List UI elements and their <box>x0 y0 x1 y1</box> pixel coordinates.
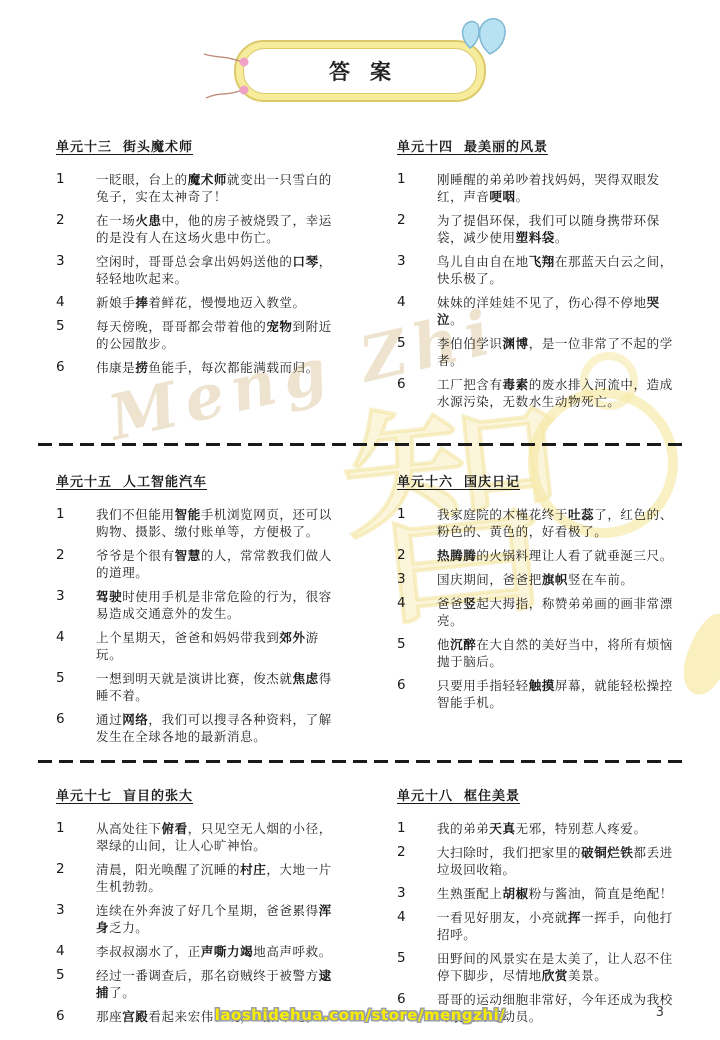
section-unit-15: 单元十五 人工智能汽车1我们不但能用智能手机浏览网页，还可以购物、摄影、缴付账单… <box>38 471 341 752</box>
item-text: 伟康是捞鱼能手，每次都能满载而归。 <box>96 359 319 376</box>
item-number: 3 <box>56 588 96 622</box>
item-text: 生熟蛋配上胡椒粉与酱油，简直是绝配！ <box>437 885 673 902</box>
answer-item: 4妹妹的洋娃娃不见了，伤心得不停地哭泣。 <box>397 294 682 328</box>
section-unit-16: 单元十六 国庆日记1我家庭院的木槿花终于吐蕊了，红色的、粉色的、黄色的，好看极了… <box>371 471 682 752</box>
item-text: 李伯伯学识渊博，是一位非常了不起的学者。 <box>437 335 682 369</box>
section-unit-18: 单元十八 框住美景1我的弟弟天真无邪，特别惹人疼爱。2大扫除时，我们把家里的破铜… <box>371 785 682 1032</box>
item-number: 4 <box>56 294 96 311</box>
water-drop-icon <box>448 14 510 78</box>
section-title: 单元十三 街头魔术师 <box>56 136 341 155</box>
answer-item: 4新娘手捧着鲜花，慢慢地迈入教堂。 <box>56 294 341 311</box>
item-text: 空闲时，哥哥总会拿出妈妈送他的口琴，轻轻地吹起来。 <box>96 253 341 287</box>
item-number: 3 <box>397 571 437 588</box>
answer-item: 6伟康是捞鱼能手，每次都能满载而归。 <box>56 359 341 376</box>
item-number: 3 <box>397 253 437 287</box>
answer-item: 3空闲时，哥哥总会拿出妈妈送他的口琴，轻轻地吹起来。 <box>56 253 341 287</box>
answers-content: 单元十三 街头魔术师1一眨眼，台上的魔术师就变出一只雪白的兔子，实在太神奇了！2… <box>38 136 682 1032</box>
item-text: 爸爸竖起大拇指，称赞弟弟画的画非常漂亮。 <box>437 595 682 629</box>
item-number: 6 <box>56 711 96 745</box>
answer-item: 2清晨，阳光唤醒了沉睡的村庄，大地一片生机勃勃。 <box>56 861 341 895</box>
whisker-pin-decoration <box>198 46 254 108</box>
answer-item: 6通过网络，我们可以搜寻各种资料，了解发生在全球各地的最新消息。 <box>56 711 341 745</box>
item-number: 6 <box>56 359 96 376</box>
item-number: 3 <box>56 902 96 936</box>
item-number: 4 <box>56 943 96 960</box>
section-title: 单元十四 最美丽的风景 <box>397 136 682 155</box>
item-text: 一看见好朋友，小亮就挥一挥手，向他打招呼。 <box>437 909 682 943</box>
item-number: 5 <box>397 950 437 984</box>
item-number: 2 <box>56 212 96 246</box>
item-text: 国庆期间，爸爸把旗帜竖在车前。 <box>437 571 634 588</box>
item-text: 新娘手捧着鲜花，慢慢地迈入教堂。 <box>96 294 306 311</box>
item-text: 在一场火患中，他的房子被烧毁了，幸运的是没有人在这场火患中伤亡。 <box>96 212 341 246</box>
answer-item: 1从高处往下俯看，只见空无人烟的小径，翠绿的山间，让人心旷神怡。 <box>56 820 341 854</box>
answer-item: 3连续在外奔波了好几个星期，爸爸累得浑身乏力。 <box>56 902 341 936</box>
item-text: 妹妹的洋娃娃不见了，伤心得不停地哭泣。 <box>437 294 682 328</box>
item-number: 2 <box>397 547 437 564</box>
item-number: 5 <box>56 318 96 352</box>
item-number: 4 <box>397 294 437 328</box>
section-row-1: 单元十三 街头魔术师1一眨眼，台上的魔术师就变出一只雪白的兔子，实在太神奇了！2… <box>38 136 682 417</box>
answer-item: 5他沉醉在大自然的美好当中，将所有烦恼抛于脑后。 <box>397 636 682 670</box>
item-number: 2 <box>56 861 96 895</box>
item-number: 5 <box>56 967 96 1001</box>
item-text: 一想到明天就是演讲比赛，俊杰就焦虑得睡不着。 <box>96 670 341 704</box>
answer-item: 1刚睡醒的弟弟吵着找妈妈，哭得双眼发红，声音哽咽。 <box>397 171 682 205</box>
item-number: 1 <box>56 820 96 854</box>
item-text: 连续在外奔波了好几个星期，爸爸累得浑身乏力。 <box>96 902 341 936</box>
item-text: 我的弟弟天真无邪，特别惹人疼爱。 <box>437 820 647 837</box>
item-text: 工厂把含有毒素的废水排入河流中，造成水源污染，无数水生动物死亡。 <box>437 376 682 410</box>
item-text: 驾驶时使用手机是非常危险的行为，很容易造成交通意外的发生。 <box>96 588 341 622</box>
page-number: 3 <box>656 1005 664 1020</box>
item-number: 4 <box>56 629 96 663</box>
answer-item: 4一看见好朋友，小亮就挥一挥手，向他打招呼。 <box>397 909 682 943</box>
item-text: 我们不但能用智能手机浏览网页，还可以购物、摄影、缴付账单等，方便极了。 <box>96 506 341 540</box>
item-text: 鸟儿自由自在地飞翔在那蓝天白云之间，快乐极了。 <box>437 253 682 287</box>
item-text: 每天傍晚，哥哥都会带着他的宠物到附近的公园散步。 <box>96 318 341 352</box>
banner-capsule-inner: 答案 <box>243 48 477 94</box>
section-title: 单元十八 框住美景 <box>397 785 682 804</box>
section-title: 单元十六 国庆日记 <box>397 471 682 490</box>
item-text: 爷爷是个很有智慧的人，常常教我们做人的道理。 <box>96 547 341 581</box>
item-text: 刚睡醒的弟弟吵着找妈妈，哭得双眼发红，声音哽咽。 <box>437 171 682 205</box>
item-text: 李叔叔溺水了，正声嘶力竭地高声呼救。 <box>96 943 332 960</box>
item-number: 2 <box>56 547 96 581</box>
item-text: 通过网络，我们可以搜寻各种资料，了解发生在全球各地的最新消息。 <box>96 711 341 745</box>
item-number: 2 <box>397 212 437 246</box>
item-text: 上个星期天，爸爸和妈妈带我到郊外游玩。 <box>96 629 341 663</box>
answer-item: 2大扫除时，我们把家里的破铜烂铁都丢进垃圾回收箱。 <box>397 844 682 878</box>
item-text: 田野间的风景实在是太美了，让人忍不住停下脚步，尽情地欣赏美景。 <box>437 950 682 984</box>
item-text: 只要用手指轻轻触摸屏幕，就能轻松操控智能手机。 <box>437 677 682 711</box>
answer-item: 2在一场火患中，他的房子被烧毁了，幸运的是没有人在这场火患中伤亡。 <box>56 212 341 246</box>
section-unit-17: 单元十七 盲目的张大1从高处往下俯看，只见空无人烟的小径，翠绿的山间，让人心旷神… <box>38 785 341 1032</box>
answer-item: 4上个星期天，爸爸和妈妈带我到郊外游玩。 <box>56 629 341 663</box>
item-text: 他沉醉在大自然的美好当中，将所有烦恼抛于脑后。 <box>437 636 682 670</box>
answer-item: 3生熟蛋配上胡椒粉与酱油，简直是绝配！ <box>397 885 682 902</box>
item-text: 大扫除时，我们把家里的破铜烂铁都丢进垃圾回收箱。 <box>437 844 682 878</box>
section-unit-14: 单元十四 最美丽的风景1刚睡醒的弟弟吵着找妈妈，哭得双眼发红，声音哽咽。2为了提… <box>371 136 682 417</box>
section-unit-13: 单元十三 街头魔术师1一眨眼，台上的魔术师就变出一只雪白的兔子，实在太神奇了！2… <box>38 136 341 417</box>
item-number: 1 <box>397 506 437 540</box>
answer-item: 5一想到明天就是演讲比赛，俊杰就焦虑得睡不着。 <box>56 670 341 704</box>
section-title: 单元十五 人工智能汽车 <box>56 471 341 490</box>
item-text: 从高处往下俯看，只见空无人烟的小径，翠绿的山间，让人心旷神怡。 <box>96 820 341 854</box>
answer-item: 5每天傍晚，哥哥都会带着他的宠物到附近的公园散步。 <box>56 318 341 352</box>
dashed-divider-1 <box>38 443 682 446</box>
item-text: 清晨，阳光唤醒了沉睡的村庄，大地一片生机勃勃。 <box>96 861 341 895</box>
item-number: 1 <box>397 171 437 205</box>
dashed-divider-2 <box>38 760 682 763</box>
answer-item: 5李伯伯学识渊博，是一位非常了不起的学者。 <box>397 335 682 369</box>
item-number: 3 <box>56 253 96 287</box>
item-text: 经过一番调查后，那名窃贼终于被警方逮捕了。 <box>96 967 341 1001</box>
item-number: 5 <box>397 335 437 369</box>
answer-item: 1一眨眼，台上的魔术师就变出一只雪白的兔子，实在太神奇了！ <box>56 171 341 205</box>
answer-item: 1我的弟弟天真无邪，特别惹人疼爱。 <box>397 820 682 837</box>
item-number: 6 <box>397 376 437 410</box>
section-row-2: 单元十五 人工智能汽车1我们不但能用智能手机浏览网页，还可以购物、摄影、缴付账单… <box>38 471 682 752</box>
item-number: 1 <box>397 820 437 837</box>
answer-item: 4爸爸竖起大拇指，称赞弟弟画的画非常漂亮。 <box>397 595 682 629</box>
answer-item: 6工厂把含有毒素的废水排入河流中，造成水源污染，无数水生动物死亡。 <box>397 376 682 410</box>
item-number: 5 <box>56 670 96 704</box>
answer-item: 2为了提倡环保，我们可以随身携带环保袋，减少使用塑料袋。 <box>397 212 682 246</box>
store-url: laoshidehua.com/store/mengzhi/ <box>0 1006 720 1024</box>
answer-item: 5田野间的风景实在是太美了，让人忍不住停下脚步，尽情地欣赏美景。 <box>397 950 682 984</box>
answer-item: 4李叔叔溺水了，正声嘶力竭地高声呼救。 <box>56 943 341 960</box>
answer-item: 1我家庭院的木槿花终于吐蕊了，红色的、粉色的、黄色的，好看极了。 <box>397 506 682 540</box>
watermark-leaf-decoration <box>676 608 720 700</box>
answer-item: 2爷爷是个很有智慧的人，常常教我们做人的道理。 <box>56 547 341 581</box>
item-text: 我家庭院的木槿花终于吐蕊了，红色的、粉色的、黄色的，好看极了。 <box>437 506 682 540</box>
answer-item: 3国庆期间，爸爸把旗帜竖在车前。 <box>397 571 682 588</box>
answer-item: 1我们不但能用智能手机浏览网页，还可以购物、摄影、缴付账单等，方便极了。 <box>56 506 341 540</box>
item-number: 1 <box>56 171 96 205</box>
answer-item: 3驾驶时使用手机是非常危险的行为，很容易造成交通意外的发生。 <box>56 588 341 622</box>
section-row-3: 单元十七 盲目的张大1从高处往下俯看，只见空无人烟的小径，翠绿的山间，让人心旷神… <box>38 785 682 1032</box>
item-text: 为了提倡环保，我们可以随身携带环保袋，减少使用塑料袋。 <box>437 212 682 246</box>
item-number: 5 <box>397 636 437 670</box>
answer-item: 3鸟儿自由自在地飞翔在那蓝天白云之间，快乐极了。 <box>397 253 682 287</box>
item-text: 一眨眼，台上的魔术师就变出一只雪白的兔子，实在太神奇了！ <box>96 171 341 205</box>
answer-banner: 答案 <box>234 40 486 102</box>
section-title: 单元十七 盲目的张大 <box>56 785 341 804</box>
item-number: 4 <box>397 595 437 629</box>
answer-item: 5经过一番调查后，那名窃贼终于被警方逮捕了。 <box>56 967 341 1001</box>
page-title: 答案 <box>309 56 411 86</box>
item-number: 2 <box>397 844 437 878</box>
item-number: 3 <box>397 885 437 902</box>
answer-item: 2热腾腾的火锅料理让人看了就垂涎三尺。 <box>397 547 682 564</box>
item-number: 6 <box>397 677 437 711</box>
answer-item: 6只要用手指轻轻触摸屏幕，就能轻松操控智能手机。 <box>397 677 682 711</box>
item-number: 1 <box>56 506 96 540</box>
item-text: 热腾腾的火锅料理让人看了就垂涎三尺。 <box>437 547 673 564</box>
item-number: 4 <box>397 909 437 943</box>
